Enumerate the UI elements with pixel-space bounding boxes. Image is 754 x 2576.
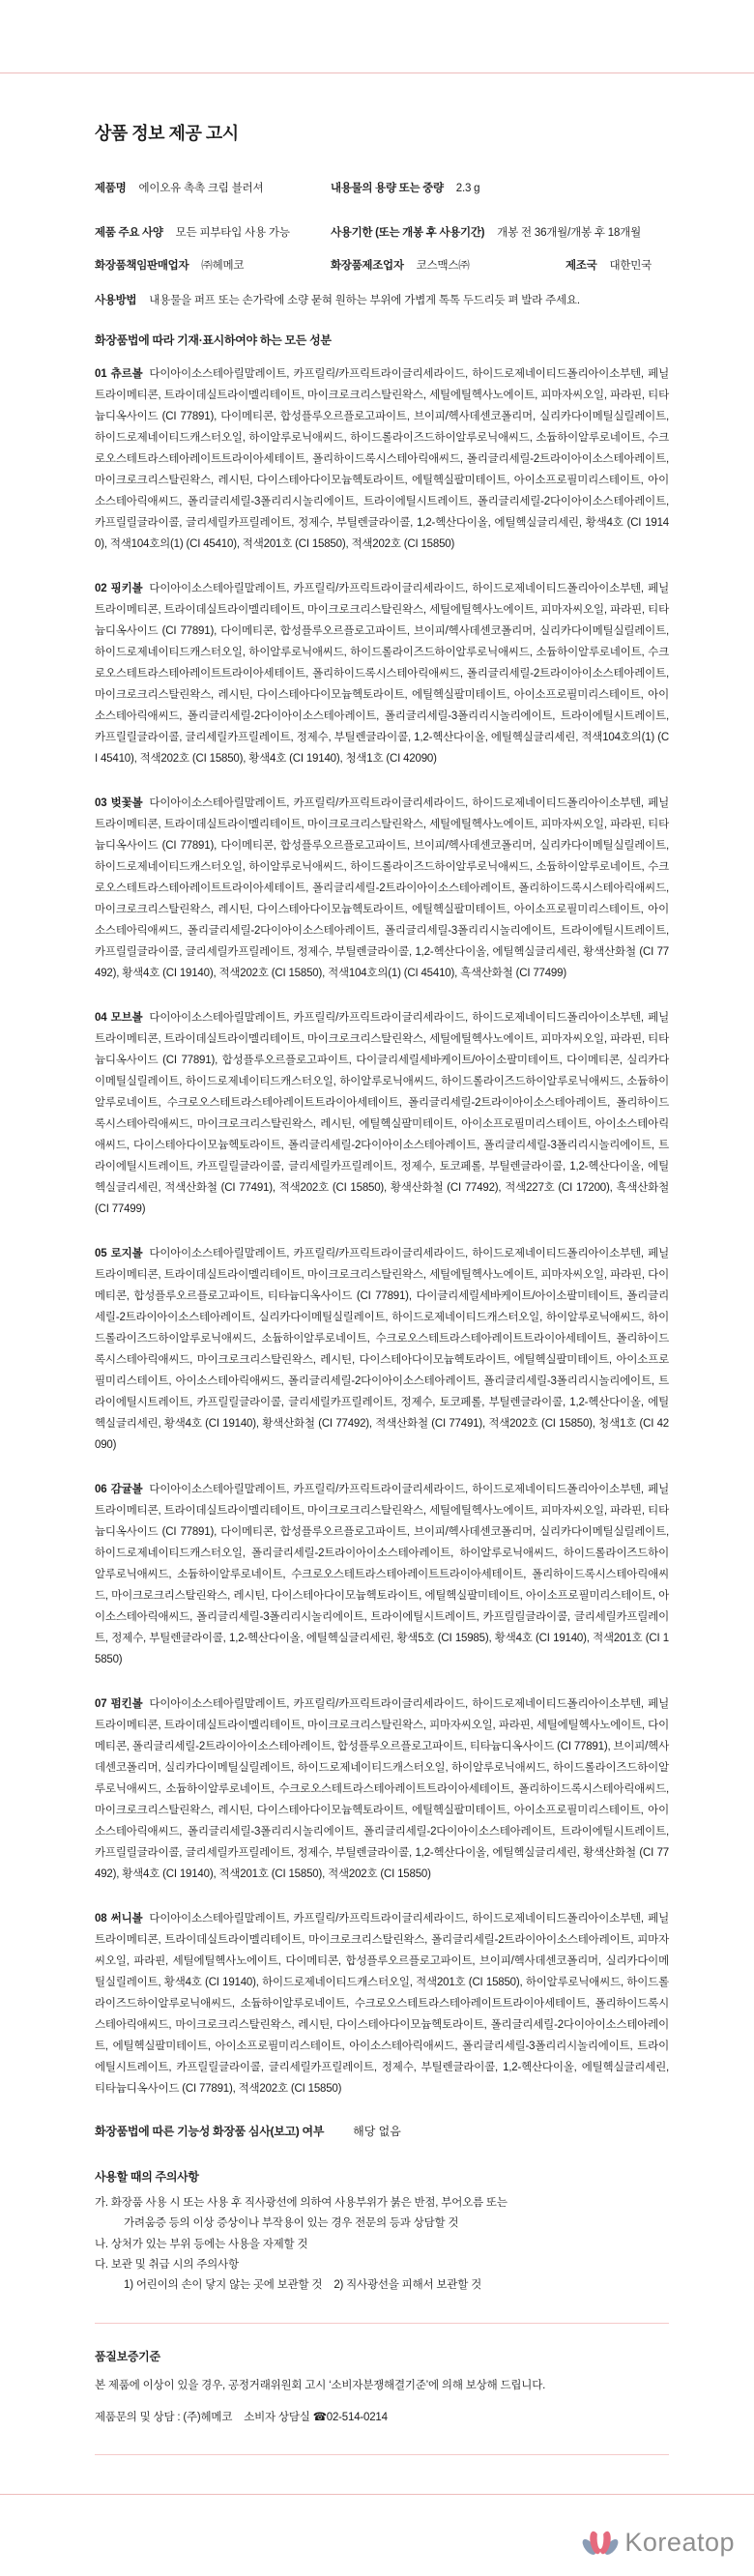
- shade-label: 06 감귤볼: [95, 1484, 142, 1495]
- lotus-icon: [581, 2525, 620, 2560]
- field-expiry: 사용기한 (또는 개봉 후 사용기간) 개봉 전 36개월/개봉 후 18개월: [331, 224, 641, 243]
- ingredient-sections: 01 츄르볼다이아이소스테아릴말레이트, 카프릴릭/카프릭트라이글리세라이드, …: [95, 363, 669, 2099]
- precaution-lines: 가. 화장품 사용 시 또는 사용 후 직사광선에 의하여 사용부위가 붉은 반…: [95, 2193, 669, 2296]
- precaution-line: 1) 어린이의 손이 닿지 않는 곳에 보관할 것 2) 직사광선을 피해서 보…: [95, 2275, 669, 2296]
- shade-label: 03 벚꽃볼: [95, 797, 142, 809]
- field-value: 2.3 g: [456, 180, 480, 198]
- section-divider: [95, 2454, 669, 2455]
- warranty-line: 본 제품에 이상이 있을 경우, 공정거래위원회 고시 ‘소비자분쟁해결기준’에…: [95, 2375, 669, 2397]
- field-label: 제품명: [95, 180, 126, 198]
- product-info-page: 상품 정보 제공 고시 제품명 에이오유 촉촉 크림 블러셔 내용물의 용량 또…: [0, 0, 754, 2576]
- field-country: 제조국 대한민국: [565, 257, 652, 275]
- precaution-line: 가려움증 등의 이상 증상이나 부작용이 있는 경우 전문의 등과 상담할 것: [95, 2214, 669, 2234]
- field-label: 제품 주요 사양: [95, 224, 163, 243]
- field-label: 제조국: [565, 257, 596, 275]
- field-spec: 제품 주요 사양 모든 피부타입 사용 가능: [95, 224, 331, 243]
- brand-name: Koreatop: [624, 2526, 735, 2559]
- shade-label: 01 츄르볼: [95, 368, 142, 380]
- ingredient-section: 04 모브볼다이아이소스테아릴말레이트, 카프릴릭/카프릭트라이글리세라이드, …: [95, 1007, 669, 1220]
- shade-label: 05 로지볼: [95, 1248, 142, 1259]
- page-title: 상품 정보 제공 고시: [95, 122, 669, 145]
- warranty-lines: 본 제품에 이상이 있을 경우, 공정거래위원회 고시 ‘소비자분쟁해결기준’에…: [95, 2375, 669, 2429]
- content: 상품 정보 제공 고시 제품명 에이오유 촉촉 크림 블러셔 내용물의 용량 또…: [0, 122, 754, 2455]
- warranty-heading: 품질보증기준: [95, 2349, 669, 2365]
- functional-review-label: 화장품법에 따른 기능성 화장품 심사(보고) 여부: [95, 2125, 324, 2138]
- field-label: 사용기한 (또는 개봉 후 사용기간): [331, 224, 484, 243]
- precautions-heading: 사용할 때의 주의사항: [95, 2169, 669, 2185]
- ingredients-heading: 화장품법에 따라 기재·표시하여야 하는 모든 성분: [95, 333, 669, 349]
- field-value: 에이오유 촉촉 크림 블러셔: [138, 180, 263, 198]
- ingredient-section: 05 로지볼다이아이소스테아릴말레이트, 카프릴릭/카프릭트라이글리세라이드, …: [95, 1243, 669, 1456]
- field-label: 내용물의 용량 또는 중량: [331, 180, 444, 198]
- ingredient-section: 08 써니볼다이아이소스테아릴말레이트, 카프릴릭/카프릭트라이글리세라이드, …: [95, 1908, 669, 2099]
- field-value: 코스맥스㈜: [417, 257, 470, 275]
- shade-label: 04 모브볼: [95, 1012, 142, 1024]
- footer-divider: [0, 2494, 754, 2495]
- functional-review-value: 해당 없음: [353, 2125, 401, 2138]
- field-value: ㈜헤메코: [201, 257, 244, 275]
- precaution-line: 다. 보관 및 취급 시의 주의사항: [95, 2255, 669, 2275]
- field-volume: 내용물의 용량 또는 중량 2.3 g: [331, 180, 479, 198]
- info-row-usage: 사용방법 내용물을 퍼프 또는 손가락에 소량 묻혀 원하는 부위에 가볍게 톡…: [95, 292, 669, 310]
- field-label: 화장품제조업자: [331, 257, 404, 275]
- ingredient-section: 03 벚꽃볼다이아이소스테아릴말레이트, 카프릴릭/카프릭트라이글리세라이드, …: [95, 793, 669, 984]
- ingredient-section: 07 펌킨볼다이아이소스테아릴말레이트, 카프릴릭/카프릭트라이글리세라이드, …: [95, 1693, 669, 1885]
- top-divider: [0, 72, 754, 73]
- shade-label: 07 펌킨볼: [95, 1698, 142, 1710]
- info-row-product: 제품명 에이오유 촉촉 크림 블러셔 내용물의 용량 또는 중량 2.3 g: [95, 180, 669, 198]
- ingredient-section: 06 감귤볼다이아이소스테아릴말레이트, 카프릴릭/카프릭트라이글리세라이드, …: [95, 1479, 669, 1670]
- field-label: 화장품책임판매업자: [95, 257, 188, 275]
- field-value: 대한민국: [609, 257, 652, 275]
- field-value: 개봉 전 36개월/개봉 후 18개월: [497, 224, 641, 243]
- shade-label: 08 써니볼: [95, 1913, 142, 1925]
- field-seller: 화장품책임판매업자 ㈜헤메코: [95, 257, 331, 275]
- precaution-line: 나. 상처가 있는 부위 등에는 사용을 자제할 것: [95, 2235, 669, 2255]
- info-table: 제품명 에이오유 촉촉 크림 블러셔 내용물의 용량 또는 중량 2.3 g 제…: [95, 180, 669, 310]
- field-label: 사용방법: [95, 292, 136, 310]
- field-manufacturer: 화장품제조업자 코스맥스㈜: [331, 257, 565, 275]
- brand-logo: Koreatop: [581, 2525, 735, 2560]
- info-row-companies: 화장품책임판매업자 ㈜헤메코 화장품제조업자 코스맥스㈜ 제조국 대한민국: [95, 257, 669, 275]
- warranty-line: 제품문의 및 상담 : (주)헤메코 소비자 상담실 ☎02-514-0214: [95, 2407, 669, 2429]
- field-value: 내용물을 퍼프 또는 손가락에 소량 묻혀 원하는 부위에 가볍게 톡톡 두드리…: [149, 292, 580, 310]
- section-divider: [95, 2323, 669, 2324]
- field-product-name: 제품명 에이오유 촉촉 크림 블러셔: [95, 180, 331, 198]
- shade-label: 02 핑키볼: [95, 583, 142, 594]
- field-usage: 사용방법 내용물을 퍼프 또는 손가락에 소량 묻혀 원하는 부위에 가볍게 톡…: [95, 292, 580, 310]
- top-spacer: [0, 0, 754, 72]
- field-value: 모든 피부타입 사용 가능: [176, 224, 290, 243]
- functional-review-row: 화장품법에 따른 기능성 화장품 심사(보고) 여부해당 없음: [95, 2123, 669, 2140]
- ingredient-section: 02 핑키볼다이아이소스테아릴말레이트, 카프릴릭/카프릭트라이글리세라이드, …: [95, 578, 669, 769]
- ingredient-section: 01 츄르볼다이아이소스테아릴말레이트, 카프릴릭/카프릭트라이글리세라이드, …: [95, 363, 669, 555]
- precaution-line: 가. 화장품 사용 시 또는 사용 후 직사광선에 의하여 사용부위가 붉은 반…: [95, 2193, 669, 2214]
- info-row-spec: 제품 주요 사양 모든 피부타입 사용 가능 사용기한 (또는 개봉 후 사용기…: [95, 224, 669, 243]
